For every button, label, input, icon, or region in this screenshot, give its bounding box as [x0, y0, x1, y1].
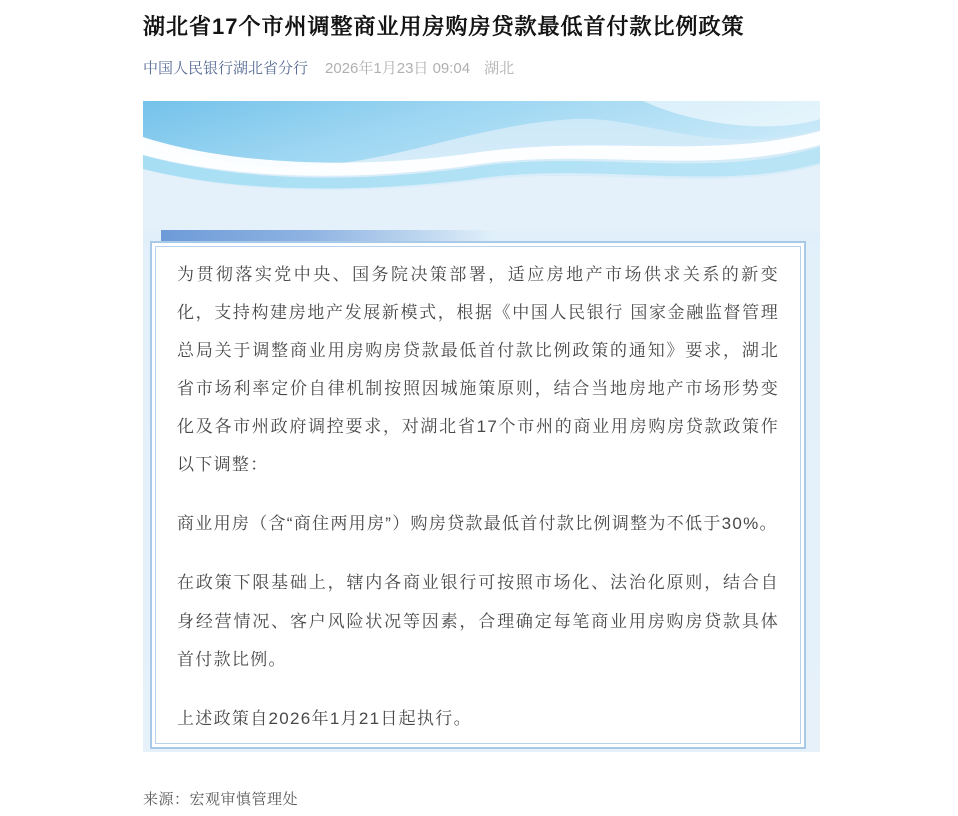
publish-date: 2026年1月23日 09:04	[325, 57, 470, 78]
article-title: 湖北省17个市州调整商业用房购房贷款最低首付款比例政策	[143, 0, 822, 43]
article-page: 湖北省17个市州调整商业用房购房贷款最低首付款比例政策 中国人民银行湖北省分行 …	[143, 0, 822, 809]
notice-card-body: 为贯彻落实党中央、国务院决策部署，适应房地产市场供求关系的新变化，支持构建房地产…	[155, 246, 801, 744]
card-accent-bar	[161, 230, 493, 241]
account-name-link[interactable]: 中国人民银行湖北省分行	[143, 57, 308, 78]
notice-card: 为贯彻落实党中央、国务院决策部署，适应房地产市场供求关系的新变化，支持构建房地产…	[150, 241, 806, 749]
notice-paragraph: 商业用房（含“商住两用房”）购房贷款最低首付款比例调整为不低于30%。	[177, 505, 779, 543]
notice-paragraph: 上述政策自2026年1月21日起执行。	[177, 700, 779, 738]
notice-paragraph: 在政策下限基础上，辖内各商业银行可按照市场化、法治化原则，结合自身经营情况、客户…	[177, 564, 779, 678]
source-line: 来源：宏观审慎管理处	[143, 788, 822, 809]
location-label: 湖北	[484, 57, 514, 78]
notice-paragraph: 为贯彻落实党中央、国务院决策部署，适应房地产市场供求关系的新变化，支持构建房地产…	[177, 256, 779, 484]
notice-poster-image: 为贯彻落实党中央、国务院决策部署，适应房地产市场供求关系的新变化，支持构建房地产…	[143, 101, 820, 752]
article-meta: 中国人民银行湖北省分行 2026年1月23日 09:04 湖北	[143, 57, 822, 78]
wave-banner-graphic	[143, 101, 820, 231]
